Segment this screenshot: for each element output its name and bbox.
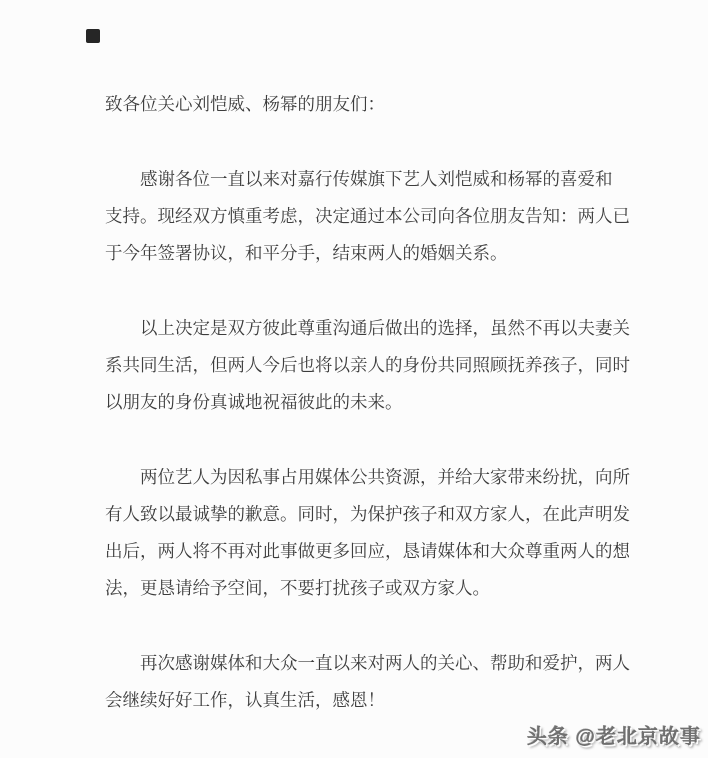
toutiao-watermark: 头条 @老北京故事 [527,720,701,749]
paragraph-decision: 以上决定是双方彼此尊重沟通后做出的选择，虽然不再以夫妻关 系共同生活，但两人今后… [105,310,665,421]
salutation-line: 致各位关心刘恺威、杨幂的朋友们： [105,86,665,123]
statement-body: 致各位关心刘恺威、杨幂的朋友们： 感谢各位一直以来对嘉行传媒旗下艺人刘恺威和杨幂… [105,86,665,757]
corner-mark-icon [86,29,100,43]
paragraph-thanks: 再次感谢媒体和大众一直以来对两人的关心、帮助和爱护，两人 会继续好好工作，认真生… [105,645,665,719]
paragraph-announcement: 感谢各位一直以来对嘉行传媒旗下艺人刘恺威和杨幂的喜爱和 支持。现经双方慎重考虑，… [105,161,665,272]
statement-page: 致各位关心刘恺威、杨幂的朋友们： 感谢各位一直以来对嘉行传媒旗下艺人刘恺威和杨幂… [0,0,708,758]
paragraph-apology: 两位艺人为因私事占用媒体公共资源，并给大家带来纷扰，向所 有人致以最诚挚的歉意。… [105,459,665,607]
